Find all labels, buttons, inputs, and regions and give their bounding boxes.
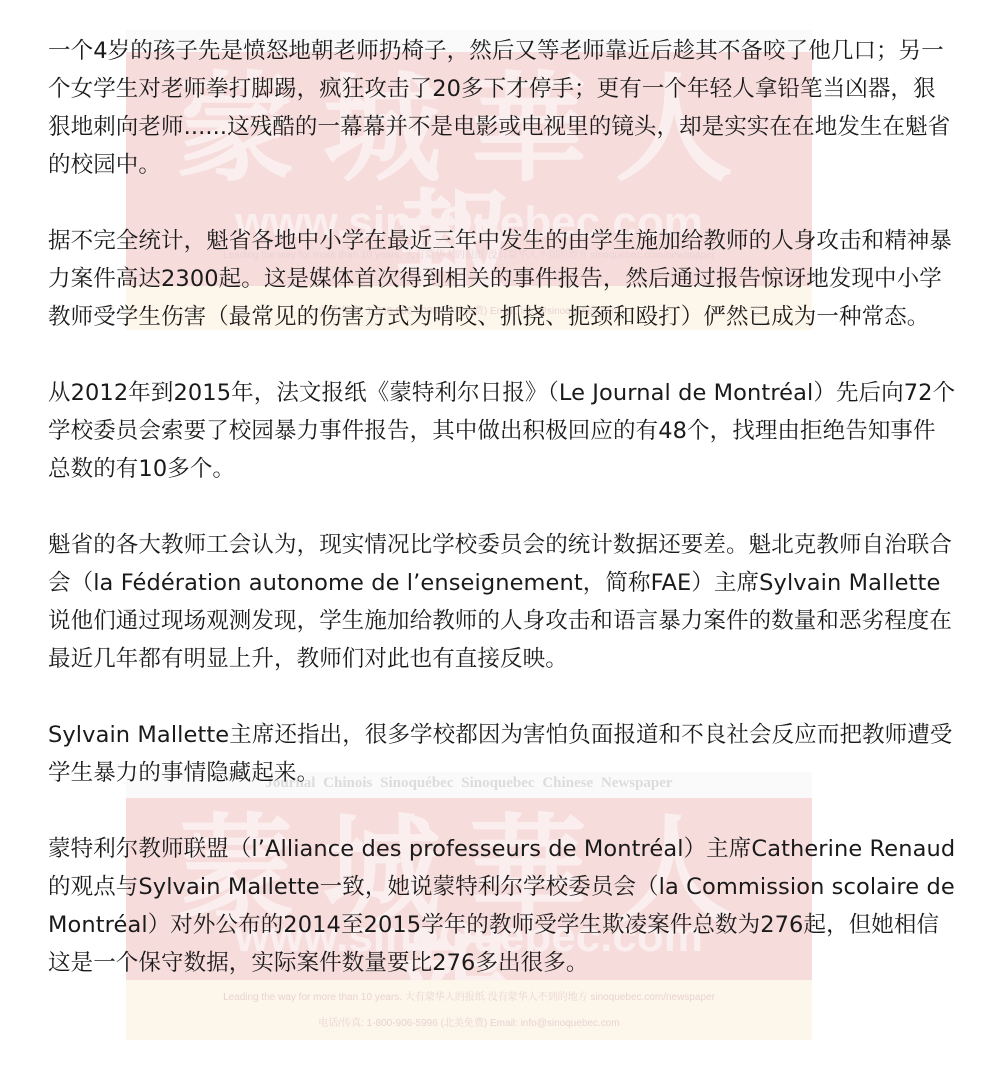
- article-paragraph: 魁省的各大教师工会认为，现实情况比学校委员会的统计数据还要差。魁北克教师自治联合…: [48, 526, 958, 678]
- article-paragraph: 蒙特利尔教师联盟（l’Alliance des professeurs de M…: [48, 830, 958, 982]
- article-paragraph: 据不完全统计，魁省各地中小学在最近三年中发生的由学生施加给教师的人身攻击和精神暴…: [48, 222, 958, 336]
- article-paragraph: 从2012年到2015年，法文报纸《蒙特利尔日报》（Le Journal de …: [48, 374, 958, 488]
- article-paragraph: Sylvain Mallette主席还指出，很多学校都因为害怕负面报道和不良社会…: [48, 716, 958, 792]
- article-paragraph: 一个4岁的孩子先是愤怒地朝老师扔椅子，然后又等老师靠近后趁其不备咬了他几口；另一…: [48, 32, 958, 184]
- article-body: 一个4岁的孩子先是愤怒地朝老师扔椅子，然后又等老师靠近后趁其不备咬了他几口；另一…: [48, 32, 958, 1020]
